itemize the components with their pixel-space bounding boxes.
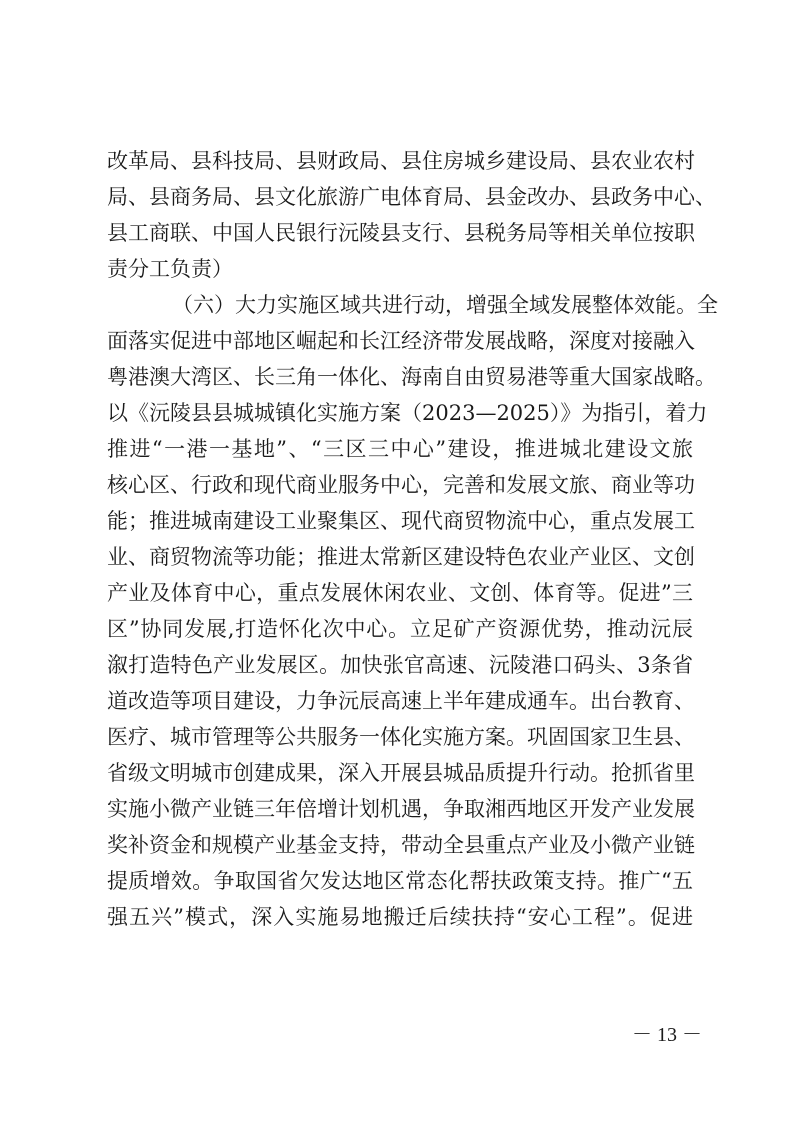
text-line: 奖补资金和规模产业基金支持，带动全县重点产业及小微产业链	[107, 827, 693, 863]
text-line: 区”协同发展,打造怀化次中心。立足矿产资源优势，推动沅辰	[107, 611, 693, 647]
text-line: 业、商贸物流等功能；推进太常新区建设特色农业产业区、文创	[107, 539, 693, 575]
text-line: 核心区、行政和现代商业服务中心，完善和发展文旅、商业等功	[107, 467, 693, 503]
document-page: 改革局、县科技局、县财政局、县住房城乡建设局、县农业农村 局、县商务局、县文化旅…	[0, 0, 793, 1122]
text-line: 局、县商务局、县文化旅游广电体育局、县金改办、县政务中心、	[107, 179, 693, 215]
text-line: 推进“一港一基地”、“三区三中心”建设，推进城北建设文旅	[107, 431, 693, 467]
text-line: 县工商联、中国人民银行沅陵县支行、县税务局等相关单位按职	[107, 215, 693, 251]
text-line: 道改造等项目建设，力争沅辰高速上半年建成通车。出台教育、	[107, 683, 693, 719]
text-line: 粤港澳大湾区、长三角一体化、海南自由贸易港等重大国家战略。	[107, 359, 693, 395]
body-text: 改革局、县科技局、县财政局、县住房城乡建设局、县农业农村 局、县商务局、县文化旅…	[107, 143, 693, 935]
text-line: 面落实促进中部地区崛起和长江经济带发展战略，深度对接融入	[107, 323, 693, 359]
text-line: 改革局、县科技局、县财政局、县住房城乡建设局、县农业农村	[107, 143, 693, 179]
text-line: 能；推进城南建设工业聚集区、现代商贸物流中心，重点发展工	[107, 503, 693, 539]
text-line: 强五兴”模式，深入实施易地搬迁后续扶持“安心工程”。促进	[107, 899, 693, 935]
text-line: 医疗、城市管理等公共服务一体化实施方案。巩固国家卫生县、	[107, 719, 693, 755]
page-number: － 13 －	[632, 1018, 702, 1047]
text-line: 溆打造特色产业发展区。加快张官高速、沅陵港口码头、3条省	[107, 647, 693, 683]
text-line: 实施小微产业链三年倍增计划机遇，争取湘西地区开发产业发展	[107, 791, 693, 827]
text-line: 以《沅陵县县城城镇化实施方案（2023—2025）》为指引，着力	[107, 395, 693, 431]
text-line: 产业及体育中心，重点发展休闲农业、文创、体育等。促进”三	[107, 575, 693, 611]
text-line: 省级文明城市创建成果，深入开展县城品质提升行动。抢抓省里	[107, 755, 693, 791]
text-line: 责分工负责）	[107, 251, 693, 287]
text-line: 提质增效。争取国省欠发达地区常态化帮扶政策支持。推广“五	[107, 863, 693, 899]
section-heading-line: （六）大力实施区域共进行动，增强全域发展整体效能。全	[107, 287, 693, 323]
